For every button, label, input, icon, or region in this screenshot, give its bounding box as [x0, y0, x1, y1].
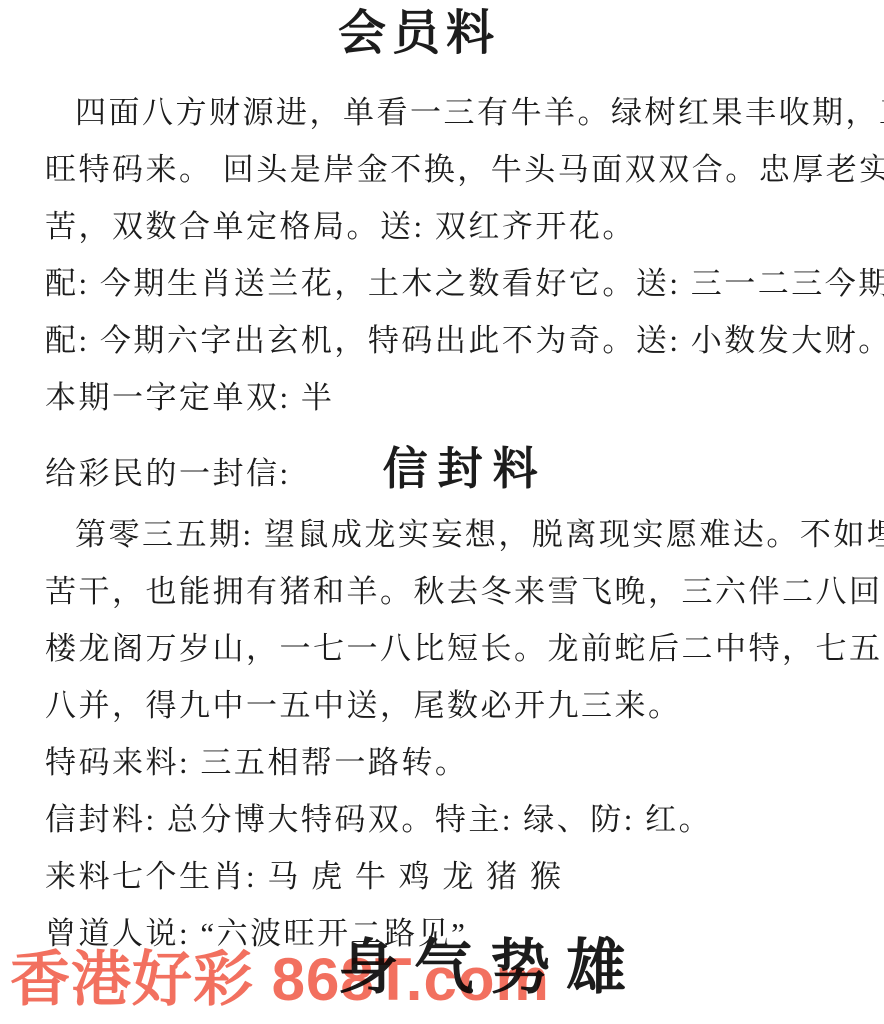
- document-page: 会员料 四面八方财源进，单看一三有牛羊。绿树红果丰收期，三门兴 旺特码来。 回头…: [0, 0, 884, 1024]
- member-tip-line-2: 配: 今期六字出玄机，特码出此不为奇。送: 小数发大财。: [45, 312, 845, 369]
- envelope-tip-line-zodiac: 来料七个生肖: 马 虎 牛 鸡 龙 猪 猴: [45, 848, 845, 905]
- envelope-tip-line-xinfeng: 信封料: 总分博大特码双。特主: 绿、防: 红。: [45, 791, 845, 848]
- member-tip-line-1: 配: 今期生肖送兰花，土木之数看好它。送: 三一二三今期爆。: [45, 255, 845, 312]
- document-content: 会员料 四面八方财源进，单看一三有牛羊。绿树红果丰收期，三门兴 旺特码来。 回头…: [45, 4, 845, 962]
- watermark: 香港好彩 868T.com: [10, 944, 550, 1016]
- member-paragraph-line: 苦，双数合单定格局。送: 双红齐开花。: [45, 198, 845, 255]
- member-paragraph: 四面八方财源进，单看一三有牛羊。绿树红果丰收期，三门兴 旺特码来。 回头是岸金不…: [45, 84, 845, 255]
- envelope-paragraph-line: 楼龙阁万岁山，一七一八比短长。龙前蛇后二中特，七五中特三: [45, 620, 845, 677]
- member-section-title: 会员料: [19, 4, 819, 64]
- member-tip-line-3: 本期一字定单双: 半: [45, 369, 845, 426]
- envelope-section-title: 信封料: [383, 432, 548, 497]
- member-paragraph-line: 四面八方财源进，单看一三有牛羊。绿树红果丰收期，三门兴: [45, 84, 845, 141]
- envelope-tip-line-tema: 特码来料: 三五相帮一路转。: [45, 734, 845, 791]
- envelope-intro-label: 给彩民的一封信:: [45, 448, 291, 493]
- member-paragraph-line: 旺特码来。 回头是岸金不换，牛头马面双双合。忠厚老实最吃: [45, 141, 845, 198]
- envelope-header: 给彩民的一封信: 信封料: [45, 432, 845, 500]
- envelope-paragraph-line: 苦干，也能拥有猪和羊。秋去冬来雪飞晚，三六伴二八回转。风: [45, 563, 845, 620]
- envelope-paragraph: 第零三五期: 望鼠成龙实妄想，脱离现实愿难达。不如埋头与 苦干，也能拥有猪和羊。…: [45, 506, 845, 734]
- envelope-paragraph-line: 八并，得九中一五中送，尾数必开九三来。: [45, 677, 845, 734]
- envelope-paragraph-line: 第零三五期: 望鼠成龙实妄想，脱离现实愿难达。不如埋头与: [45, 506, 845, 563]
